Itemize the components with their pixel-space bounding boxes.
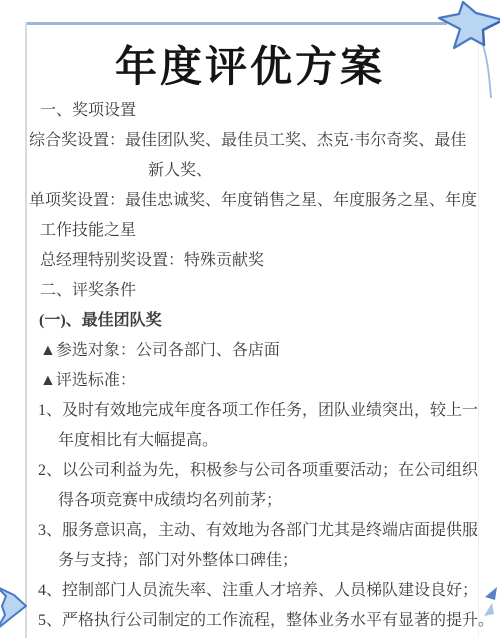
chevron-star-icon [0, 584, 30, 632]
page-title: 年度评优方案 [0, 34, 500, 94]
text-line: (一)、最佳团队奖 [29, 306, 500, 336]
text-line: 工作技能之星 [29, 216, 500, 246]
document-page: 年度评优方案 一、奖项设置综合奖设置：最佳团队奖、最佳员工奖、杰克·韦尔奇奖、最… [0, 0, 500, 638]
text-line: 务与支持；部门对外整体口碑佳； [29, 546, 500, 576]
text-line: 单项奖设置：最佳忠诚奖、年度销售之星、年度服务之星、年度 [29, 186, 500, 216]
text-line: 二、评奖条件 [29, 276, 500, 306]
text-line: 1、及时有效地完成年度各项工作任务，团队业绩突出，较上一 [29, 396, 500, 426]
text-line: 3、服务意识高，主动、有效地为各部门尤其是终端店面提供服 [29, 516, 500, 546]
document-body: 一、奖项设置综合奖设置：最佳团队奖、最佳员工奖、杰克·韦尔奇奖、最佳新人奖、单项… [29, 96, 500, 636]
text-line: 新人奖、 [29, 156, 500, 186]
text-line: 2、以公司利益为先，积极参与公司各项重要活动；在公司组织 [29, 456, 500, 486]
text-line: 得各项竞赛中成绩均名列前茅； [29, 486, 500, 516]
text-line: 综合奖设置：最佳团队奖、最佳员工奖、杰克·韦尔奇奖、最佳 [29, 126, 500, 156]
text-line: 年度相比有大幅提高。 [29, 426, 500, 456]
text-line: 一、奖项设置 [29, 96, 500, 126]
text-line: ▲参选对象：公司各部门、各店面 [29, 336, 500, 366]
top-border-line [27, 22, 447, 25]
text-line: 总经理特别奖设置：特殊贡献奖 [29, 246, 500, 276]
text-line: 4、控制部门人员流失率、注重人才培养、人员梯队建设良好； [29, 576, 500, 606]
left-border-line [25, 22, 27, 638]
text-line: ▲评选标准： [29, 366, 500, 396]
text-line: 5、严格执行公司制定的工作流程，整体业务水平有显著的提升。 [29, 606, 500, 636]
